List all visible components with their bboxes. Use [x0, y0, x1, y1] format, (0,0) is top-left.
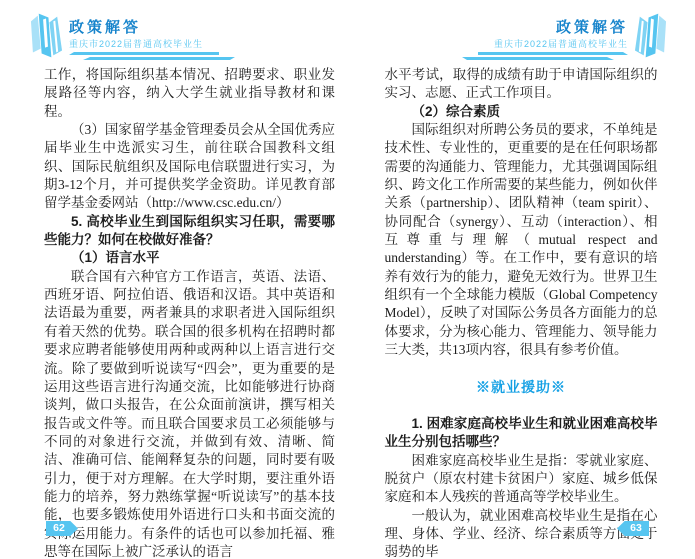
question-heading: 1. 困难家庭高校毕业生和就业困难高校毕业生分别包括哪些？: [385, 415, 658, 452]
doc-title: 政策解答: [69, 12, 235, 36]
book-spread: 政策解答 重庆市2022届普通高校毕业生 工作，将国际组织基本情况、招聘要求、职…: [0, 0, 695, 559]
body-paragraph: （3）国家留学基金管理委员会从全国优秀应届毕业生中选派实习生，前往联合国教科文组…: [44, 121, 335, 213]
body-paragraph: 国际组织对所聘公务员的要求，不单纯是技术性、专业性的，更重要的是在任何职场都需要…: [385, 121, 658, 359]
body-paragraph: 困难家庭高校毕业生是指：零就业家庭、脱贫户（原农村建卡贫困户）家庭、城乡低保家庭…: [385, 452, 658, 507]
sub-heading: （1）语言水平: [44, 249, 335, 267]
header-rule: [83, 57, 235, 60]
page-left: 政策解答 重庆市2022届普通高校毕业生 工作，将国际组织基本情况、招聘要求、职…: [0, 0, 348, 559]
header-rule: [462, 57, 614, 60]
section-heading: ※就业援助※: [385, 378, 658, 396]
page-header-left: 政策解答 重庆市2022届普通高校毕业生: [30, 12, 235, 60]
brand-logo-icon: [30, 12, 63, 59]
page-left-content: 工作，将国际组织基本情况、招聘要求、职业发展路径等内容，纳入大学生就业指导教材和…: [44, 66, 335, 559]
page-right: 政策解答 重庆市2022届普通高校毕业生 水平考试，取得的成绩有助于申请国际组织…: [348, 0, 695, 559]
page-header-right: 政策解答 重庆市2022届普通高校毕业生: [462, 12, 667, 60]
sub-heading: （2）综合素质: [385, 103, 658, 121]
body-paragraph: 工作，将国际组织基本情况、招聘要求、职业发展路径等内容，纳入大学生就业指导教材和…: [44, 66, 335, 121]
header-rule: [478, 52, 628, 55]
body-paragraph: 联合国有六种官方工作语言，英语、法语、西班牙语、阿拉伯语、俄语和汉语。其中英语和…: [44, 268, 335, 559]
doc-subtitle: 重庆市2022届普通高校毕业生: [69, 39, 235, 49]
body-paragraph: 一般认为，就业困难高校毕业生是指在心理、身体、学业、经济、综合素质等方面处于弱势…: [385, 507, 658, 559]
header-rule: [69, 52, 219, 55]
body-paragraph: 水平考试，取得的成绩有助于申请国际组织的实习、志愿、正式工作项目。: [385, 66, 658, 103]
header-titles: 政策解答 重庆市2022届普通高校毕业生: [462, 12, 628, 60]
doc-subtitle: 重庆市2022届普通高校毕业生: [494, 39, 628, 49]
question-heading: 5. 高校毕业生到国际组织实习任职，需要哪些能力？如何在校做好准备？: [44, 213, 335, 250]
page-right-content: 水平考试，取得的成绩有助于申请国际组织的实习、志愿、正式工作项目。（2）综合素质…: [385, 66, 658, 559]
header-titles: 政策解答 重庆市2022届普通高校毕业生: [69, 12, 235, 60]
doc-title: 政策解答: [556, 12, 628, 36]
brand-logo-icon: [634, 12, 667, 59]
